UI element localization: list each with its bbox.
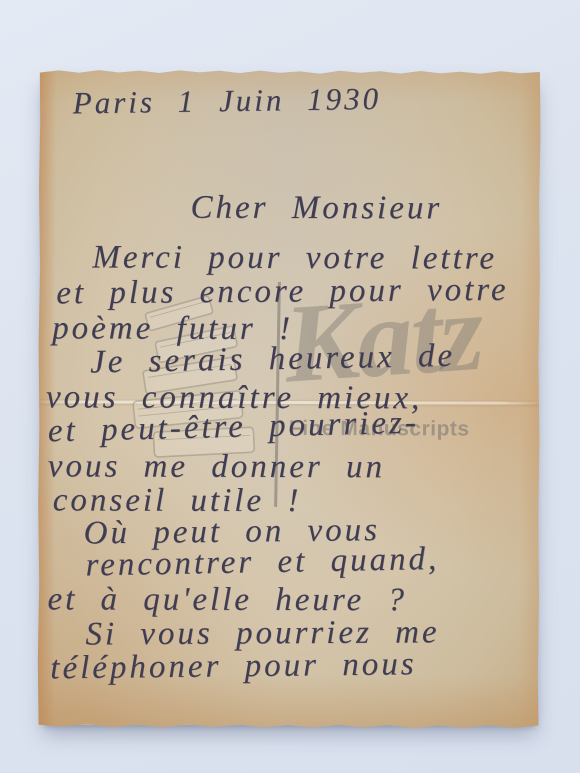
letter-photograph: Katz Fine Manuscripts Paris 1 Juin 1930 … bbox=[0, 0, 580, 773]
letter-paper: Katz Fine Manuscripts Paris 1 Juin 1930 … bbox=[37, 69, 541, 728]
date-line: Paris 1 Juin 1930 bbox=[73, 81, 382, 122]
letter-line: vous me donner un bbox=[48, 448, 385, 486]
letter-line: et à qu'elle heure ? bbox=[47, 581, 407, 619]
letter-line: téléphoner pour nous bbox=[50, 646, 417, 687]
letter-line: et peut-être pourriez- bbox=[47, 405, 419, 451]
letter-line: Je serais heureux de bbox=[90, 338, 456, 382]
letter-line: et plus encore pour votre bbox=[56, 272, 509, 313]
letter-line: rencontrer et quand, bbox=[85, 541, 439, 584]
salutation: Cher Monsieur bbox=[190, 190, 442, 228]
